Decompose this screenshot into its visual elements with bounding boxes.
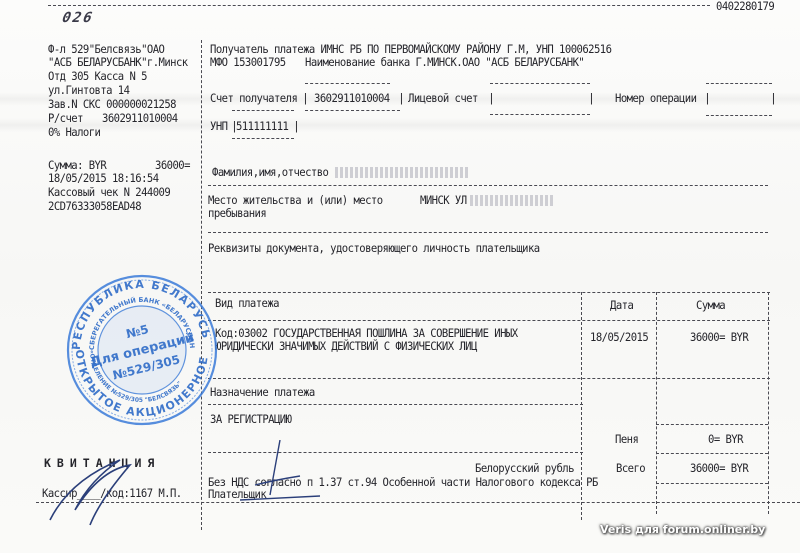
opnum-box-top: [706, 83, 772, 84]
unp-label: УНП: [210, 120, 227, 133]
payment-type-line2: ЮРИДИЧЕСКИ ЗНАЧИМЫХ ДЕЙСТВИЙ С ФИЗИЧЕСКИ…: [215, 340, 477, 353]
issuer-line4: ул.Гинтовта 14: [48, 84, 129, 97]
pipe: |: [488, 92, 495, 105]
pipe: |: [398, 92, 405, 105]
receipt-page: 0402280179 026 Ф-л 529"Белсвязь"ОАО "АСБ…: [0, 0, 800, 553]
payer-address-value: МИНСК УЛ: [420, 194, 467, 207]
payment-date: 18/05/2015: [590, 331, 648, 344]
col-date-header: Дата: [610, 299, 633, 312]
payment-sum: 36000= BYR: [690, 331, 748, 344]
pipe: |: [588, 92, 595, 105]
col-sum-header: Сумма: [696, 299, 725, 312]
header-number: 0402280179: [716, 0, 774, 13]
unp-box-top: [232, 110, 294, 111]
recipient-account-value: 3602911010004: [314, 92, 390, 105]
table-right-border: [768, 292, 769, 514]
issuer-line3: Отд 305 Касса N 5: [48, 70, 147, 83]
issuer-account-label: Р/счет: [48, 112, 83, 125]
unp-box-bottom: [232, 138, 294, 139]
opnum-box-bottom: [706, 115, 772, 116]
table-header-bottom: [208, 320, 770, 321]
penalty-box-top: [656, 424, 768, 425]
issuer-line2: "АСБ БЕЛАРУСБАНК"г.Минск: [48, 56, 188, 69]
penalty-value: 0= BYR: [708, 433, 743, 446]
personal-account-label: Лицевой счет: [408, 92, 478, 105]
recipient-account-label: Счет получателя: [210, 92, 297, 105]
purpose-divider: [208, 404, 583, 405]
payer-id-doc-label: Реквизиты документа, удостоверяющего лич…: [208, 242, 540, 255]
issuer-account-value: 3602911010004: [102, 112, 178, 125]
top-border: [48, 5, 710, 6]
bank-stamp: РЕСПУБЛИКА БЕЛАРУСЬ СБЕРЕГАТЕЛЬНЫЙ БАНК …: [62, 255, 222, 435]
pipe: |: [704, 92, 711, 105]
payer-address-label-2: пребывания: [208, 207, 266, 220]
pipe: |: [302, 92, 309, 105]
purpose-label: Назначение платежа: [210, 386, 315, 399]
table-col-divider: [656, 292, 657, 514]
receipt-check: Кассовый чек N 244009: [48, 186, 170, 199]
watermark: Veris для forum.onliner.by: [600, 523, 765, 536]
table-top: [208, 292, 770, 293]
recipient-bank-name: Наименование банка Г.МИНСК.ОАО "АСБ БЕЛА…: [305, 56, 584, 69]
total-box-bottom: [656, 483, 768, 484]
account-box-top: [305, 83, 390, 84]
penalty-label: Пеня: [615, 433, 638, 446]
pipe: |: [293, 120, 300, 133]
handwritten-code: 026: [60, 12, 96, 25]
unp-value: 511111111: [236, 120, 288, 133]
account-box-bottom: [305, 110, 400, 111]
pipe: |: [770, 92, 777, 105]
personal-box-top: [490, 83, 590, 84]
personal-box-bottom: [490, 114, 590, 115]
receipt-sum-value: 36000=: [155, 159, 190, 172]
issuer-taxes: 0% Налоги: [48, 126, 100, 139]
total-box-top: [656, 453, 768, 454]
divider: [208, 185, 768, 186]
total-label: Всего: [616, 462, 645, 475]
divider: [208, 232, 768, 233]
currency: Белорусский рубль: [475, 462, 574, 475]
operation-number-label: Номер операции: [615, 92, 696, 105]
redacted-name: [335, 167, 470, 178]
signature-scribble: [30, 440, 330, 530]
redacted-address: [470, 195, 555, 206]
issuer-line5: Зав.N СКС 000000021258: [48, 98, 176, 111]
receipt-hash: 2CD76333058EAD48: [48, 200, 141, 213]
purpose-value: ЗА РЕГИСТРАЦИЮ: [210, 413, 291, 426]
payer-name-label: Фамилия,имя,отчество: [212, 166, 328, 179]
total-value: 36000= BYR: [690, 462, 748, 475]
col-type-header: Вид платежа: [215, 297, 279, 310]
receipt-datetime: 18/05/2015 18:16:54: [48, 172, 159, 185]
recipient-mfo: МФО 153001795: [210, 56, 286, 69]
table-row-divider: [208, 378, 770, 379]
